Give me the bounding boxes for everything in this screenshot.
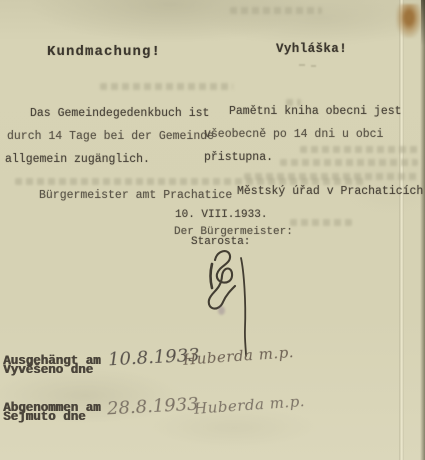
scanned-document-page: Kundmachung! Vyhláška! Das Gemeindegeden…: [0, 0, 425, 460]
bleed-through-mark: [15, 178, 365, 185]
office-name-czech: Městský úřad v Prachaticích: [237, 185, 423, 198]
body-czech-line: přistupna.: [204, 151, 273, 164]
faint-stamp-mark: [218, 306, 225, 315]
bleed-through-mark: [280, 159, 418, 166]
paper-fold-crease: [399, 0, 404, 460]
ink-stain: [396, 4, 422, 38]
heading-german: Kundmachung!: [47, 44, 161, 60]
heading-czech: Vyhláška!: [276, 42, 347, 56]
mayor-signature: [193, 242, 263, 362]
document-date: 10. VIII.1933.: [175, 209, 267, 221]
office-name-german: Bürgermeister amt Prachatice: [39, 189, 232, 202]
bleed-through-mark: [230, 7, 322, 14]
bleed-through-mark: [100, 83, 233, 90]
removed-label-czech: Sejmuto dne: [3, 410, 86, 424]
removed-signature-handwritten: Huberda m.p.: [194, 392, 306, 418]
stray-mark: [299, 64, 305, 66]
paper-right-edge: [420, 0, 425, 460]
bleed-through-mark: [300, 146, 418, 153]
body-czech-line: Pamětni kniha obecni jest: [229, 105, 402, 118]
stray-mark: [311, 65, 316, 67]
removed-date-handwritten: 28.8.1933: [107, 394, 200, 420]
body-german-line: allgemein zugänglich.: [5, 153, 150, 166]
body-german-line: Das Gemeindegedenkbuch ist: [30, 107, 209, 120]
posted-label-czech: Vyvěšeno dne: [3, 363, 93, 377]
bleed-through-mark: [290, 219, 352, 226]
body-czech-line: všeobecně po 14 dni u obci: [204, 128, 383, 141]
body-german-line: durch 14 Tage bei der Gemeinde: [7, 130, 214, 143]
